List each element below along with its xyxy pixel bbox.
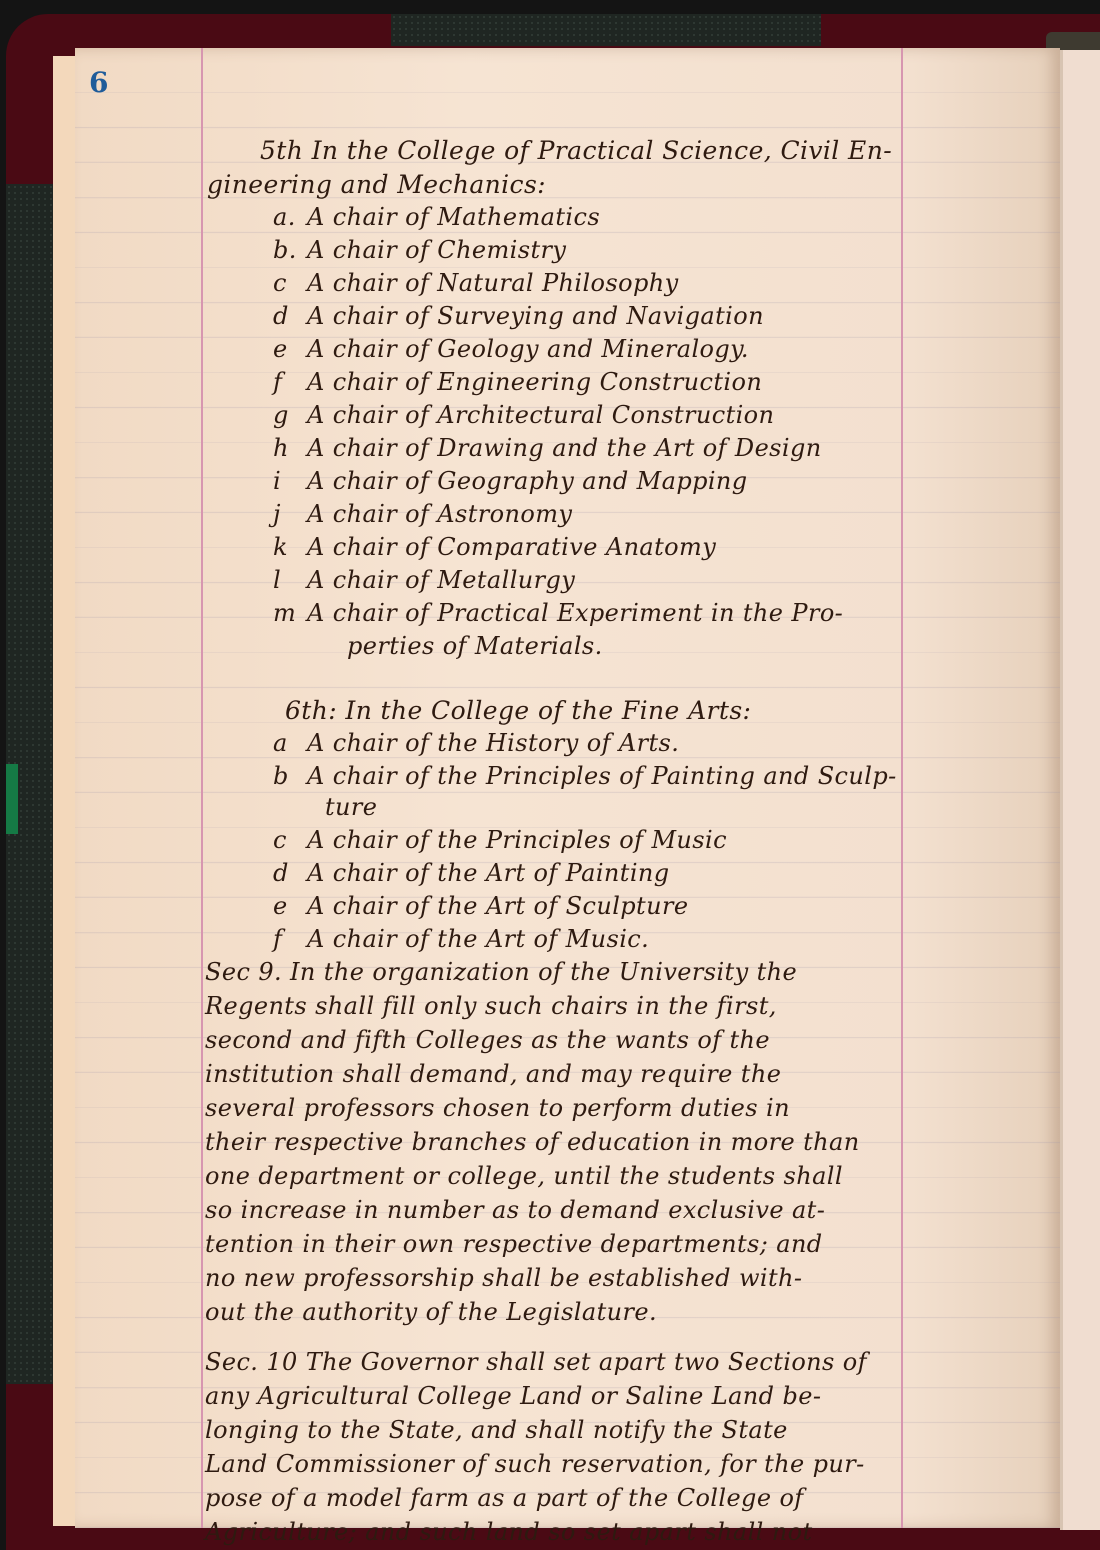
item-letter: e	[273, 892, 307, 920]
sec-9-line-7: one department or college, until the stu…	[205, 1162, 843, 1190]
item-text: A chair of Geography and Mapping	[307, 467, 748, 495]
college-5-item-k: kA chair of Comparative Anatomy	[273, 533, 716, 561]
sec-9-line-1: Sec 9. In the organization of the Univer…	[205, 958, 797, 986]
item-text: A chair of Surveying and Navigation	[307, 302, 764, 330]
college-6-item-f: fA chair of the Art of Music.	[273, 925, 649, 953]
item-letter: l	[273, 566, 307, 594]
item-text: A chair of Geology and Mineralogy.	[307, 335, 749, 363]
item-letter: m	[273, 599, 307, 627]
item-letter: e	[273, 335, 307, 363]
item-letter: h	[273, 434, 307, 462]
college-5-item-b: b.A chair of Chemistry	[273, 236, 566, 264]
sec-9-line-10: no new professorship shall be establishe…	[205, 1264, 802, 1292]
college-5-item-e: eA chair of Geology and Mineralogy.	[273, 335, 749, 363]
right-margin-rule	[901, 48, 903, 1528]
item-letter: j	[273, 500, 307, 528]
item-text: A chair of the Principles of Music	[307, 826, 727, 854]
college-5-item-l: lA chair of Metallurgy	[273, 566, 575, 594]
sec-9-line-6: their respective branches of education i…	[205, 1128, 860, 1156]
sec-9-line-2: Regents shall fill only such chairs in t…	[205, 992, 777, 1020]
item-text: A chair of Mathematics	[307, 203, 600, 231]
page-number: 6	[89, 66, 108, 99]
college-5-item-g: gA chair of Architectural Construction	[273, 401, 774, 429]
sec-10-line-3: longing to the State, and shall notify t…	[205, 1416, 788, 1444]
sec-9-line-8: so increase in number as to demand exclu…	[205, 1196, 825, 1224]
item-letter: f	[273, 368, 307, 396]
item-text: A chair of the Principles of Painting an…	[307, 762, 897, 790]
item-text: A chair of the History of Arts.	[307, 729, 679, 757]
item-letter: f	[273, 925, 307, 953]
sec-9-line-9: tention in their own respective departme…	[205, 1230, 823, 1258]
college-6-item-b-continuation: ture	[325, 793, 377, 821]
item-text: A chair of Drawing and the Art of Design	[307, 434, 822, 462]
item-letter: d	[273, 859, 307, 887]
next-page-edge	[1060, 50, 1100, 1530]
item-letter: a.	[273, 203, 307, 231]
college-5-heading-line2: gineering and Mechanics:	[207, 170, 546, 199]
item-text: A chair of Chemistry	[307, 236, 566, 264]
college-5-item-i: iA chair of Geography and Mapping	[273, 467, 748, 495]
item-letter: c	[273, 826, 307, 854]
bookmark-ribbon	[6, 764, 18, 834]
college-6-item-b: bA chair of the Principles of Painting a…	[273, 762, 897, 790]
college-6-item-d: dA chair of the Art of Painting	[273, 859, 670, 887]
item-text: A chair of Practical Experiment in the P…	[307, 599, 843, 627]
item-letter: a	[273, 729, 307, 757]
sec-10-line-1: Sec. 10 The Governor shall set apart two…	[205, 1348, 867, 1376]
college-6-item-c: cA chair of the Principles of Music	[273, 826, 727, 854]
ledger-page: 6 5th In the College of Practical Scienc…	[75, 48, 1060, 1528]
item-letter: b	[273, 762, 307, 790]
sec-9-line-4: institution shall demand, and may requir…	[205, 1060, 781, 1088]
item-letter: d	[273, 302, 307, 330]
left-margin-rule	[201, 48, 203, 1528]
college-5-item-d: dA chair of Surveying and Navigation	[273, 302, 764, 330]
item-letter: i	[273, 467, 307, 495]
college-5-item-c: cA chair of Natural Philosophy	[273, 269, 679, 297]
college-5-item-m-continuation: perties of Materials.	[347, 632, 603, 660]
college-6-heading: 6th: In the College of the Fine Arts:	[285, 696, 751, 725]
item-text: A chair of Natural Philosophy	[307, 269, 679, 297]
item-text: A chair of the Art of Sculpture	[307, 892, 688, 920]
college-5-heading-line1: 5th In the College of Practical Science,…	[260, 136, 892, 165]
sec-10-line-5: pose of a model farm as a part of the Co…	[205, 1484, 804, 1512]
item-text: A chair of Astronomy	[307, 500, 572, 528]
item-text: A chair of the Art of Music.	[307, 925, 649, 953]
college-5-item-h: hA chair of Drawing and the Art of Desig…	[273, 434, 822, 462]
item-letter: c	[273, 269, 307, 297]
college-5-item-j: jA chair of Astronomy	[273, 500, 572, 528]
sec-10-line-6: Agriculture; and such land so set apart …	[205, 1518, 813, 1546]
college-6-item-a: aA chair of the History of Arts.	[273, 729, 679, 757]
sec-10-line-2: any Agricultural College Land or Saline …	[205, 1382, 821, 1410]
item-text: A chair of the Art of Painting	[307, 859, 670, 887]
sec-10-line-4: Land Commissioner of such reservation, f…	[205, 1450, 865, 1478]
item-text: A chair of Metallurgy	[307, 566, 575, 594]
cover-cloth-top	[391, 14, 821, 46]
sec-9-line-5: several professors chosen to perform dut…	[205, 1094, 790, 1122]
item-text: A chair of Comparative Anatomy	[307, 533, 716, 561]
item-text: A chair of Engineering Construction	[307, 368, 762, 396]
item-letter: b.	[273, 236, 307, 264]
item-letter: k	[273, 533, 307, 561]
item-letter: g	[273, 401, 307, 429]
sec-9-line-11: out the authority of the Legislature.	[205, 1298, 657, 1326]
college-5-item-m: mA chair of Practical Experiment in the …	[273, 599, 843, 627]
item-text: A chair of Architectural Construction	[307, 401, 774, 429]
college-5-item-f: fA chair of Engineering Construction	[273, 368, 762, 396]
college-5-item-a: a.A chair of Mathematics	[273, 203, 600, 231]
sec-9-line-3: second and fifth Colleges as the wants o…	[205, 1026, 770, 1054]
college-6-item-e: eA chair of the Art of Sculpture	[273, 892, 688, 920]
